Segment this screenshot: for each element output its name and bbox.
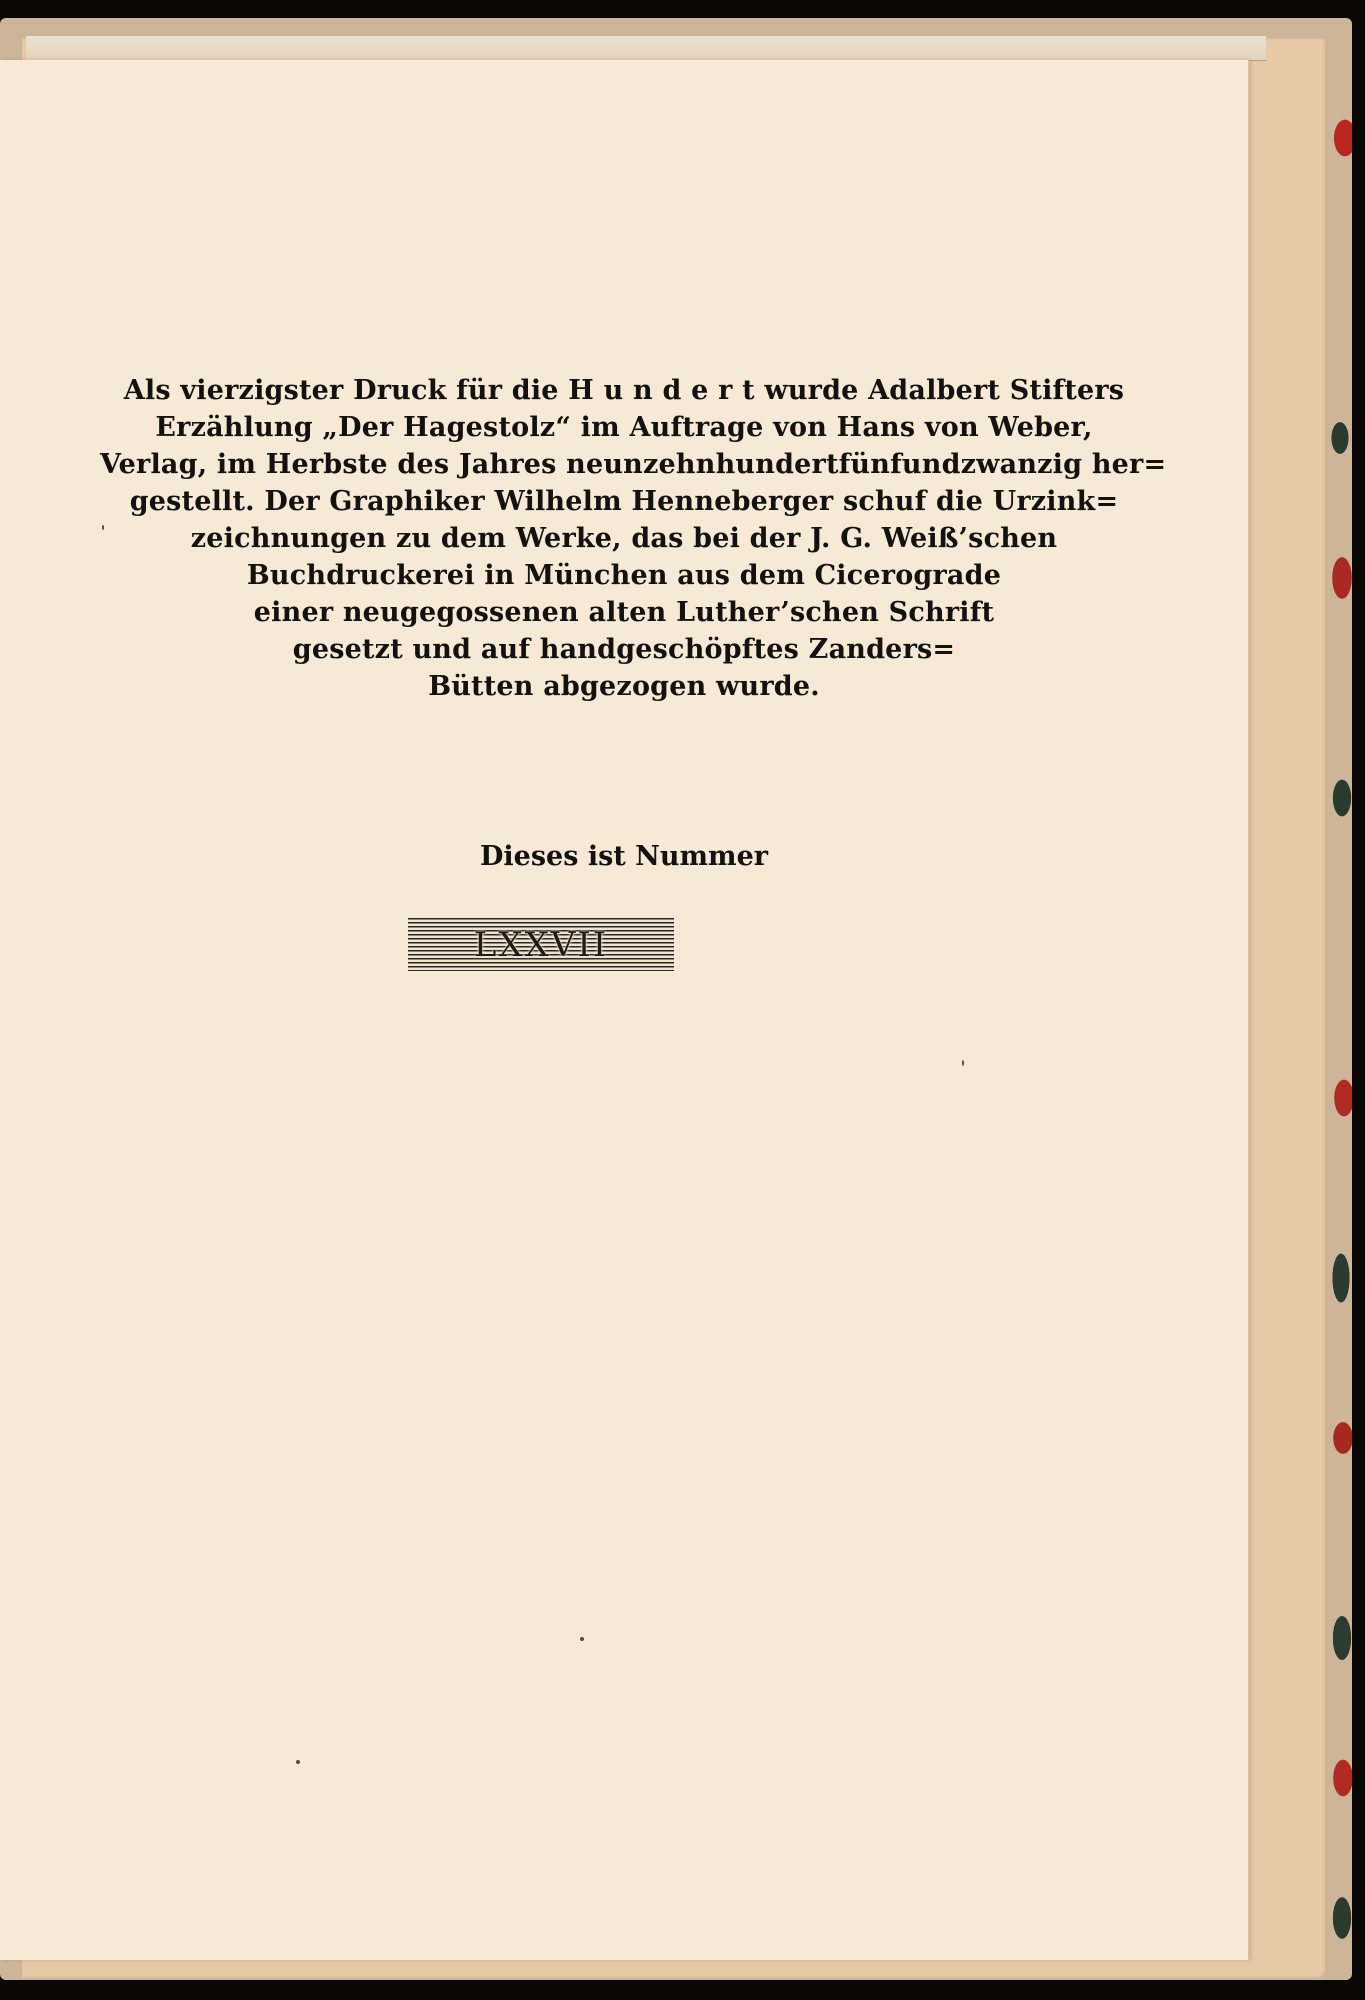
colophon-line: gestellt. Der Graphiker Wilhelm Henneber… <box>100 483 1148 520</box>
colophon-line: zeichnungen zu dem Werke, das bei der J.… <box>100 520 1148 557</box>
copy-number: LXXVII <box>468 925 614 965</box>
colophon-line: Erzählung „Der Hagestolz“ im Auftrage vo… <box>100 409 1148 446</box>
colophon-line: Als vierzigster Druck für die H u n d e … <box>100 372 1148 409</box>
copy-number-plate: LXXVII <box>408 918 674 971</box>
colophon-line: einer neugegossenen alten Luther’schen S… <box>100 594 1148 631</box>
number-label: Dieses ist Nummer <box>0 841 1248 872</box>
colophon-line: Verlag, im Herbste des Jahres neunzehnhu… <box>100 446 1148 483</box>
colophon-line: Bütten abgezogen wurde. <box>100 668 1148 705</box>
page-top-edge <box>26 36 1266 61</box>
colophon-page: Als vierzigster Druck für die H u n d e … <box>0 60 1248 1960</box>
colophon-line: gesetzt und auf handgeschöpftes Zanders= <box>100 631 1148 668</box>
colophon-text: Als vierzigster Druck für die H u n d e … <box>100 372 1148 705</box>
colophon-line: Buchdruckerei in München aus dem Cicerog… <box>100 557 1148 594</box>
